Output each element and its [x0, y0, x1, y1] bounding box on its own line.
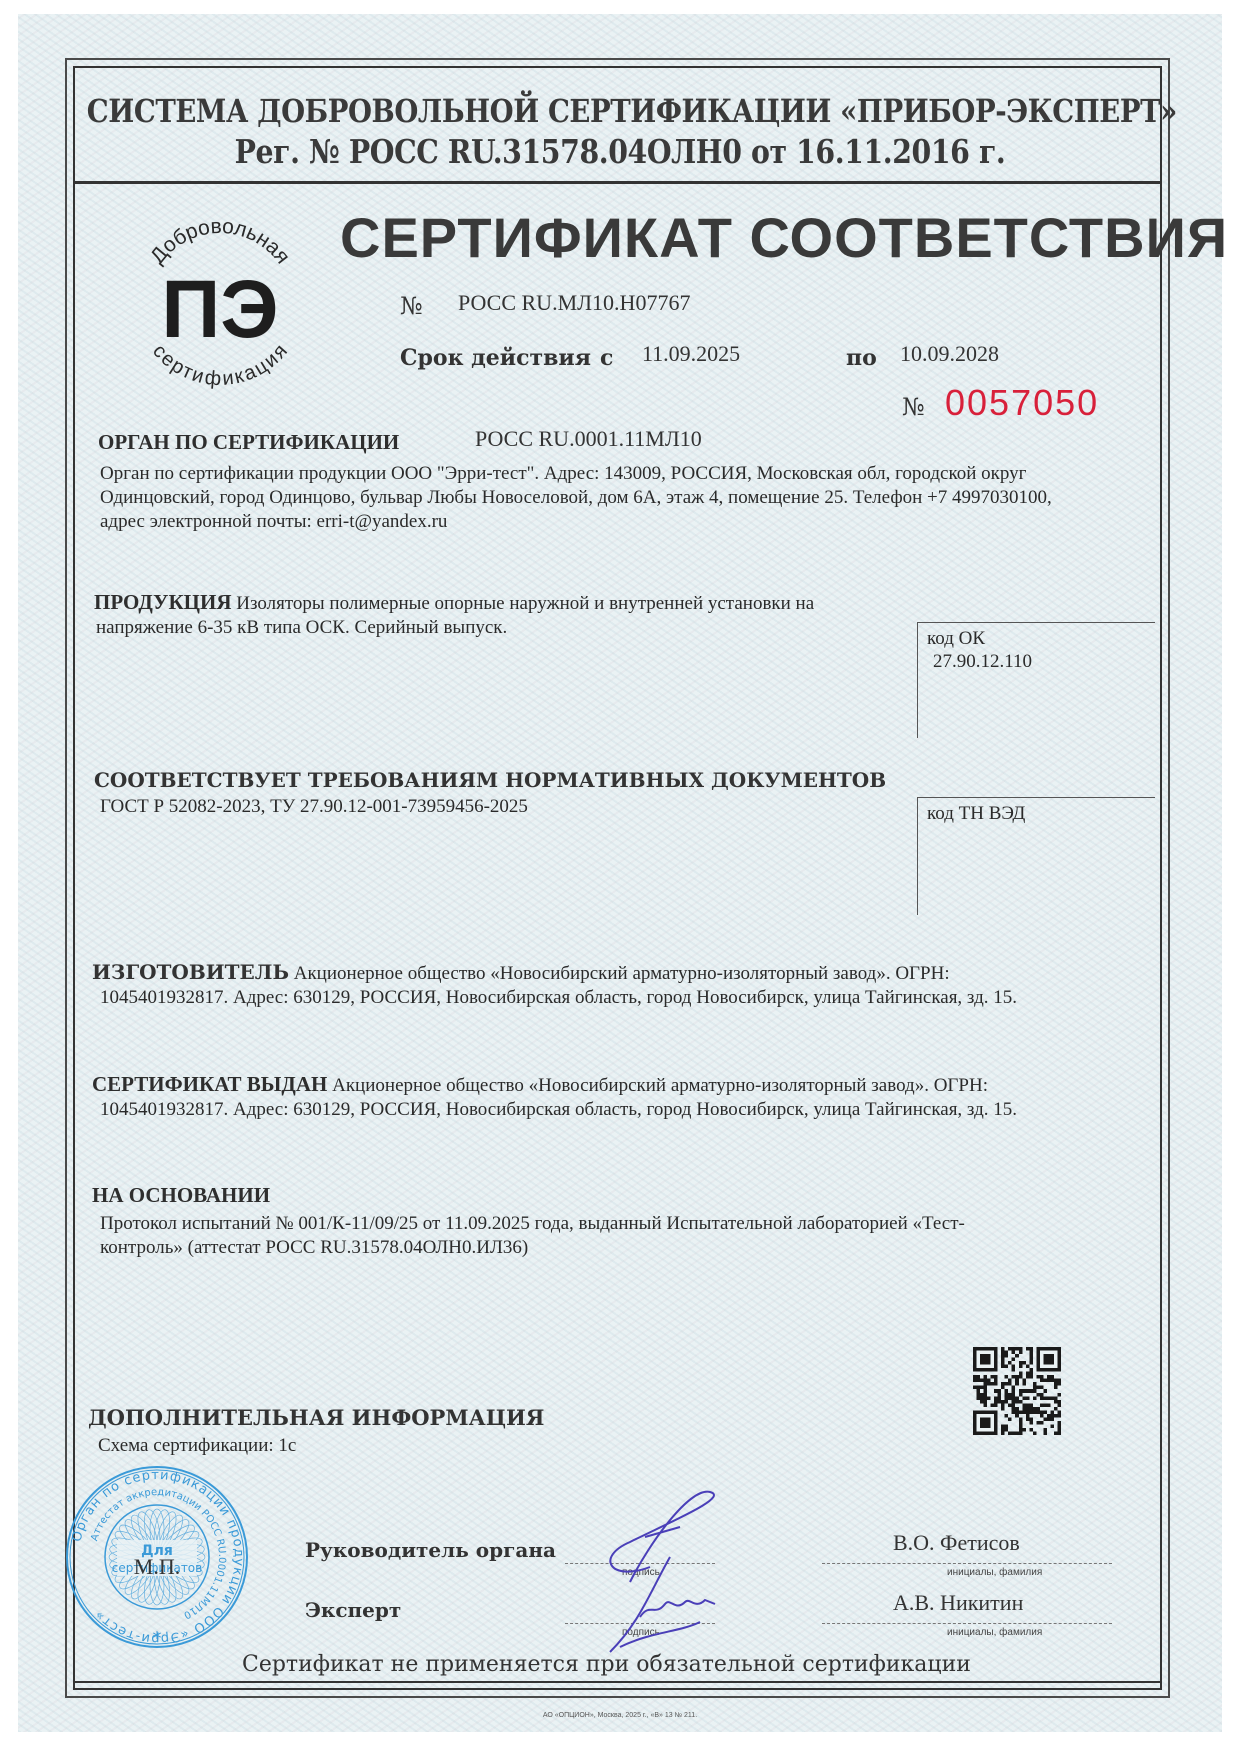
- validity-from-label: с: [600, 345, 613, 371]
- valid-from: 11.09.2025: [642, 341, 740, 367]
- logo: Добровольная ПЭ сертификация: [130, 205, 310, 395]
- expert-label: Эксперт: [305, 1598, 401, 1622]
- svg-text:*: *: [153, 1628, 162, 1649]
- additional-info-label: ДОПОЛНИТЕЛЬНАЯ ИНФОРМАЦИЯ: [88, 1405, 544, 1430]
- basis-details: Протокол испытаний № 001/К-11/09/25 от 1…: [100, 1212, 1100, 1260]
- manufacturer-line-2: 1045401932817. Адрес: 630129, РОССИЯ, Но…: [100, 986, 1152, 1010]
- system-name: СИСТЕМА ДОБРОВОЛЬНОЙ СЕРТИФИКАЦИИ «ПРИБО…: [87, 92, 1153, 130]
- manufacturer-label: ИЗГОТОВИТЕЛЬ: [92, 960, 289, 984]
- tnved-box-top: [917, 797, 1155, 798]
- manufacturer-line-1: Акционерное общество «Новосибирский арма…: [294, 963, 950, 984]
- validity-to-label: по: [846, 345, 877, 371]
- manufacturer-section: ИЗГОТОВИТЕЛЬ Акционерное общество «Новос…: [92, 960, 1152, 1010]
- issued-to-label: СЕРТИФИКАТ ВЫДАН: [92, 1072, 327, 1096]
- issued-to-line-1: Акционерное общество «Новосибирский арма…: [332, 1075, 988, 1096]
- system-registration: Рег. № РОСС RU.31578.04ОЛН0 от 16.11.201…: [87, 132, 1153, 171]
- product-line-2: напряжение 6-35 кВ типа ОСК. Серийный вы…: [96, 616, 894, 640]
- logo-top-text: Добровольная: [146, 215, 295, 268]
- document-title: СЕРТИФИКАТ СООТВЕТСТВИЯ: [340, 205, 1228, 270]
- stamp-seal-icon: Орган по сертификации продукции ООО «Эрр…: [62, 1462, 252, 1652]
- header-divider: [73, 181, 1162, 184]
- footer-divider: [73, 1681, 1162, 1683]
- number-sign: №: [400, 292, 423, 320]
- issued-to-section: СЕРТИФИКАТ ВЫДАН Акционерное общество «Н…: [92, 1072, 1152, 1122]
- certification-body-label: ОРГАН ПО СЕРТИФИКАЦИИ: [98, 430, 399, 455]
- ok-code-box-left: [917, 622, 918, 738]
- logo-mark: ПЭ: [161, 264, 278, 355]
- official-stamp: Орган по сертификации продукции ООО «Эрр…: [62, 1462, 252, 1652]
- form-serial-number: 0057050: [945, 382, 1099, 424]
- certification-body-code: РОСС RU.0001.11МЛ10: [475, 426, 702, 452]
- expert-name-caption: инициалы, фамилия: [947, 1627, 1042, 1638]
- qr-code-icon: [972, 1347, 1062, 1435]
- issued-to-line-2: 1045401932817. Адрес: 630129, РОССИЯ, Но…: [100, 1098, 1152, 1122]
- product-section: ПРОДУКЦИЯ Изоляторы полимерные опорные н…: [94, 590, 894, 640]
- expert-name: А.В. Никитин: [893, 1590, 1023, 1616]
- qr-code[interactable]: [972, 1347, 1062, 1435]
- form-number-sign: №: [902, 393, 925, 421]
- product-line-1: Изоляторы полимерные опорные наружной и …: [236, 593, 814, 614]
- ok-code-value: 27.90.12.110: [933, 650, 1032, 674]
- expert-name-line: [822, 1623, 1112, 1624]
- head-name-line: [822, 1563, 1112, 1564]
- footer-note: Сертификат не применяется при обязательн…: [242, 1652, 971, 1677]
- certification-body-details: Орган по сертификации продукции ООО "Эрр…: [100, 462, 1160, 534]
- handwritten-signatures-icon: [590, 1482, 740, 1662]
- ok-code-label: код ОК: [927, 627, 985, 651]
- tnved-box-left: [917, 797, 918, 915]
- validity-label: Срок действия: [400, 345, 591, 371]
- svg-text:Добровольная: Добровольная: [146, 215, 295, 268]
- conformity-label: СООТВЕТСТВУЕТ ТРЕБОВАНИЯМ НОРМАТИВНЫХ ДО…: [94, 768, 886, 792]
- tnved-label: код ТН ВЭД: [927, 802, 1025, 826]
- pe-logo-icon: Добровольная ПЭ сертификация: [130, 205, 310, 395]
- svg-text:М.П.: М.П.: [134, 1554, 180, 1579]
- head-of-body-label: Руководитель органа: [305, 1538, 556, 1562]
- printer-imprint: АО «ОПЦИОН», Москва, 2025 г., «В» 13 № 2…: [0, 1712, 1240, 1719]
- certification-scheme: Схема сертификации: 1с: [98, 1434, 296, 1458]
- ok-code-box-top: [917, 622, 1155, 623]
- valid-to: 10.09.2028: [900, 341, 999, 367]
- certificate-number: РОСС RU.МЛ10.Н07767: [458, 290, 690, 316]
- product-label: ПРОДУКЦИЯ: [94, 590, 232, 614]
- conformity-documents: ГОСТ Р 52082-2023, ТУ 27.90.12-001-73959…: [100, 795, 528, 819]
- head-name: В.О. Фетисов: [893, 1530, 1020, 1556]
- head-name-caption: инициалы, фамилия: [947, 1567, 1042, 1578]
- basis-label: НА ОСНОВАНИИ: [92, 1183, 270, 1208]
